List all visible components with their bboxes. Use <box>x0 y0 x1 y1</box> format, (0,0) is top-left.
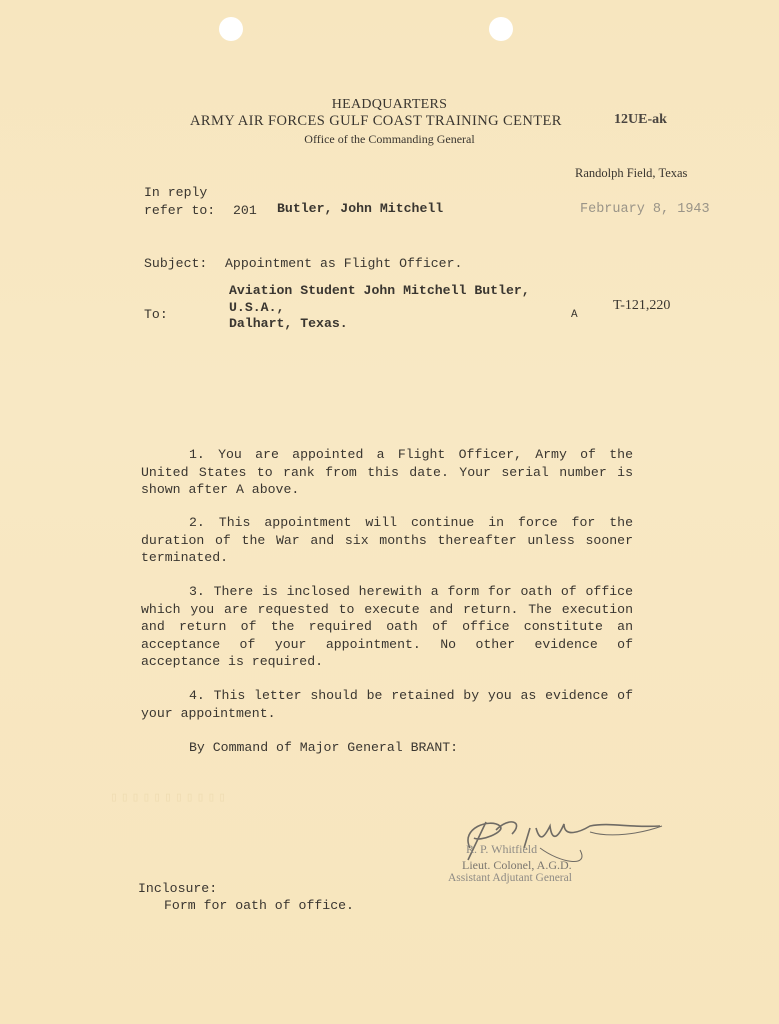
letterhead-office: Office of the Commanding General <box>0 132 779 147</box>
punch-hole-left <box>219 17 243 41</box>
body-paragraph-2: 2. This appointment will continue in for… <box>141 514 633 567</box>
letterhead-headquarters: HEADQUARTERS <box>0 97 779 113</box>
signer-rank: Lieut. Colonel, A.G.D. <box>462 858 572 873</box>
faded-stamp: ▯▯▯▯▯▯▯▯▯▯▯ <box>110 790 229 805</box>
subject-label: Subject: <box>144 256 207 271</box>
file-code: 12UE-ak <box>614 112 667 128</box>
addressee-line3: Dalhart, Texas. <box>229 316 348 331</box>
reference-file-number: 201 <box>233 203 257 218</box>
to-label: To: <box>144 307 168 322</box>
reply-label-line2: refer to: <box>144 203 215 218</box>
punch-hole-right <box>489 17 513 41</box>
body-paragraph-1: 1. You are appointed a Flight Officer, A… <box>141 446 633 499</box>
paragraph-text: 4. This letter should be retained by you… <box>141 688 633 721</box>
letterhead-organization: ARMY AIR FORCES GULF COAST TRAINING CENT… <box>190 113 562 130</box>
serial-number: T-121,220 <box>613 298 670 314</box>
reference-name: Butler, John Mitchell <box>277 201 443 216</box>
signature-block: R. P. Whitfield Lieut. Colonel, A.G.D. A… <box>440 808 680 898</box>
serial-prefix: A <box>571 309 578 321</box>
subject-value: Appointment as Flight Officer. <box>225 256 462 271</box>
letter-date: February 8, 1943 <box>580 202 710 217</box>
reply-label-line1: In reply <box>144 185 207 200</box>
paragraph-text: 3. There is inclosed herewith a form for… <box>141 584 633 669</box>
body-paragraph-3: 3. There is inclosed herewith a form for… <box>141 583 633 671</box>
letter-page: HEADQUARTERS ARMY AIR FORCES GULF COAST … <box>0 0 779 1024</box>
signer-title: Assistant Adjutant General <box>448 872 572 884</box>
signer-name: R. P. Whitfield <box>466 842 537 857</box>
body-paragraph-4: 4. This letter should be retained by you… <box>141 687 633 722</box>
addressee-line2: U.S.A., <box>229 300 284 315</box>
paragraph-text: 2. This appointment will continue in for… <box>141 515 633 565</box>
command-line: By Command of Major General BRANT: <box>189 740 458 755</box>
inclosure-item: Form for oath of office. <box>164 898 354 913</box>
paragraph-text: 1. You are appointed a Flight Officer, A… <box>141 447 633 497</box>
addressee-line1: Aviation Student John Mitchell Butler, <box>229 283 530 298</box>
inclosure-label: Inclosure: <box>138 881 217 896</box>
letter-place: Randolph Field, Texas <box>575 166 687 181</box>
